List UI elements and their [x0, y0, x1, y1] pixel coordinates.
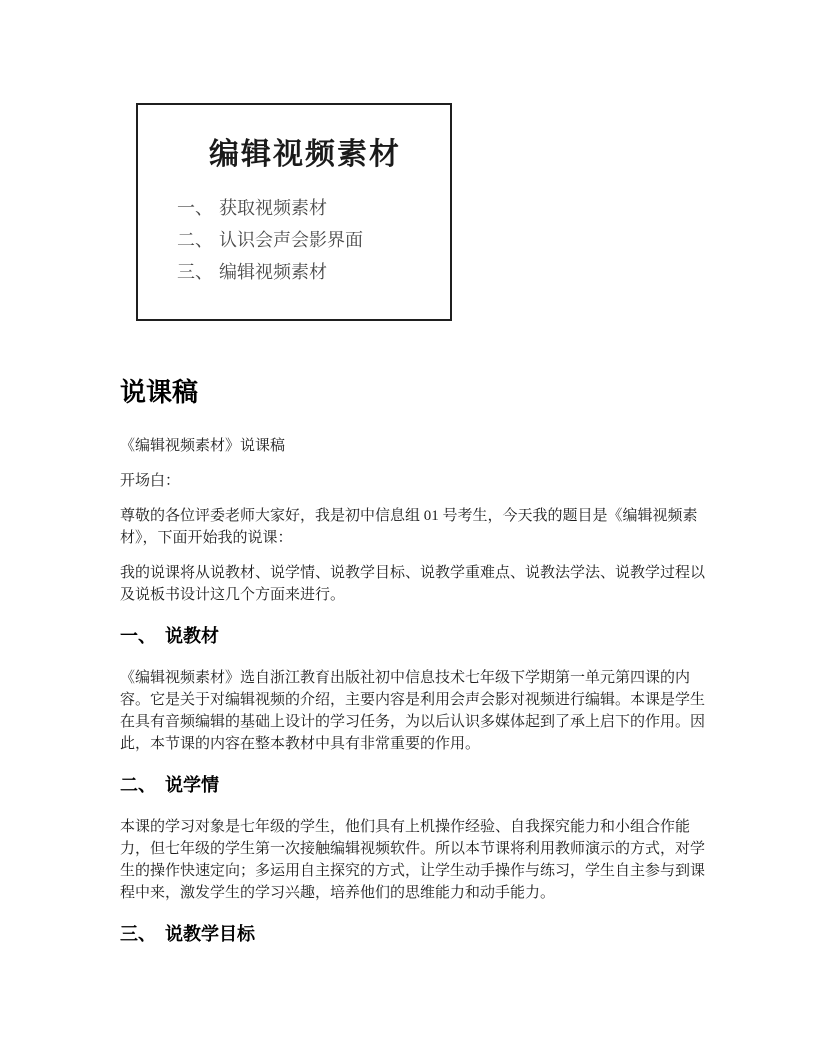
- opening-label: 开场白：: [120, 470, 716, 492]
- slide-outline-item: 三、 编辑视频素材: [177, 256, 450, 288]
- slide-item-number: 二、: [177, 224, 213, 256]
- section-body-2: 本课的学习对象是七年级的学生，他们具有上机操作经验、自我探究能力和小组合作能力，…: [120, 816, 716, 904]
- section-heading-3: 三、 说教学目标: [120, 922, 716, 946]
- section-heading-2: 二、 说学情: [120, 773, 716, 797]
- slide-item-number: 三、: [177, 256, 213, 288]
- section-title: 说学情: [165, 773, 219, 797]
- section-body-1: 《编辑视频素材》选自浙江教育出版社初中信息技术七年级下学期第一单元第四课的内容。…: [120, 667, 716, 755]
- slide-item-label: 编辑视频素材: [219, 256, 327, 288]
- section-title: 说教学目标: [165, 922, 255, 946]
- section-number: 一、: [120, 624, 156, 648]
- slide-title: 编辑视频素材: [138, 138, 450, 172]
- paragraph-intro: 尊敬的各位评委老师大家好，我是初中信息组 01 号考生，今天我的题目是《编辑视频…: [120, 505, 716, 549]
- slide-item-label: 认识会声会影界面: [219, 224, 363, 256]
- slide-outline-item: 一、 获取视频素材: [177, 192, 450, 224]
- slide-outline-list: 一、 获取视频素材 二、 认识会声会影界面 三、 编辑视频素材: [177, 192, 450, 288]
- slide-image: 编辑视频素材 一、 获取视频素材 二、 认识会声会影界面 三、 编辑视频素材: [136, 103, 452, 321]
- slide-outline-item: 二、 认识会声会影界面: [177, 224, 450, 256]
- doc-subtitle: 《编辑视频素材》说课稿: [120, 435, 716, 457]
- section-heading-1: 一、 说教材: [120, 624, 716, 648]
- paragraph-overview: 我的说课将从说教材、说学情、说教学目标、说教学重难点、说教法学法、说教学过程以及…: [120, 562, 716, 606]
- section-number: 二、: [120, 773, 156, 797]
- section-title: 说教材: [165, 624, 219, 648]
- section-number: 三、: [120, 922, 156, 946]
- doc-title: 说课稿: [120, 376, 716, 408]
- document-page: 编辑视频素材 一、 获取视频素材 二、 认识会声会影界面 三、 编辑视频素材 说…: [0, 0, 816, 1056]
- slide-item-number: 一、: [177, 192, 213, 224]
- slide-item-label: 获取视频素材: [219, 192, 327, 224]
